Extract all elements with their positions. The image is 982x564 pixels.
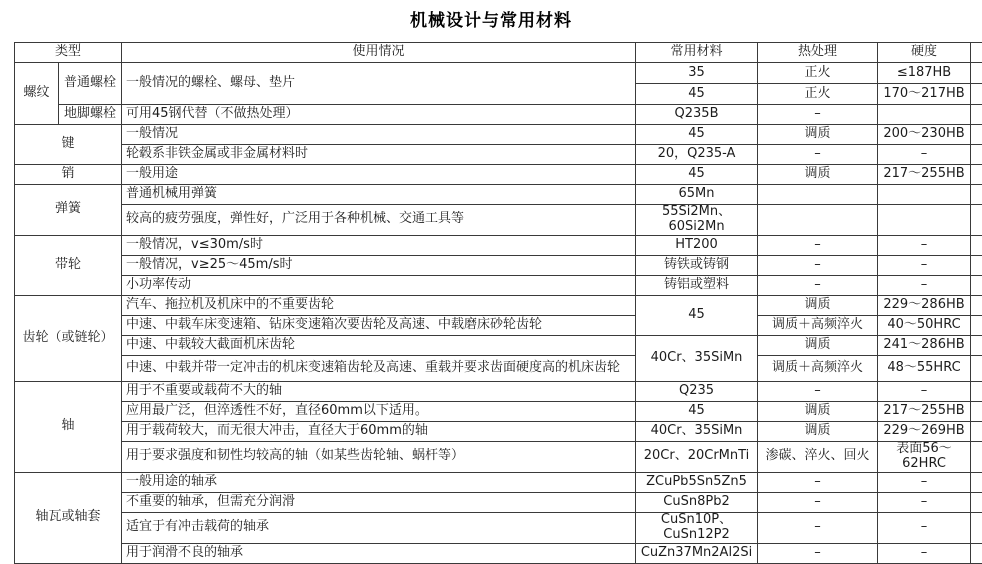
hardness-cell: 170～217HB xyxy=(878,84,971,105)
heat-cell: 调质 xyxy=(758,125,878,145)
header-row: 类型 使用情况 常用材料 热处理 硬度 xyxy=(15,43,982,63)
edge-cell xyxy=(971,63,982,84)
edge-cell xyxy=(971,165,982,185)
heat-cell: 正火 xyxy=(758,84,878,105)
usage-cell: 一般用途 xyxy=(122,165,636,185)
table-row: 小功率传动 铸铝或塑料 – – xyxy=(15,275,982,295)
usage-cell: 一般用途的轴承 xyxy=(122,472,636,492)
table-row: 中速、中载较大截面机床齿轮 40Cr、35SiMn 调质 241～286HB xyxy=(15,335,982,355)
hardness-cell: – xyxy=(878,235,971,255)
edge-cell xyxy=(971,441,982,472)
type-group-cell: 键 xyxy=(15,125,122,165)
material-cell: CuZn37Mn2Al2Si xyxy=(636,543,758,550)
heat-cell: 正火 xyxy=(758,63,878,84)
edge-cell xyxy=(971,84,982,105)
heat-cell: – xyxy=(758,235,878,255)
page-title: 机械设计与常用材料 xyxy=(0,6,982,31)
edge-cell xyxy=(971,105,982,125)
hardness-cell xyxy=(878,185,971,205)
material-cell: 35 xyxy=(636,63,758,84)
header-hardness: 硬度 xyxy=(878,43,971,63)
usage-cell: 用于载荷较大，而无很大冲击，直径大于60mm的轴 xyxy=(122,421,636,441)
usage-cell: 小功率传动 xyxy=(122,275,636,295)
material-cell: CuSn8Pb2 xyxy=(636,492,758,512)
heat-cell xyxy=(758,205,878,236)
heat-cell: – xyxy=(758,492,878,512)
table-row: 螺纹 普通螺栓 一般情况的螺栓、螺母、垫片 35 正火 ≤187HB xyxy=(15,63,982,84)
hardness-cell: 241～286HB xyxy=(878,335,971,355)
table-row: 一般情况，v≥25～45m/s时 铸铁或铸钢 – – xyxy=(15,255,982,275)
material-cell: CuSn10P、CuSn12P2 xyxy=(636,512,758,543)
table-row: 适宜于有冲击载荷的轴承 CuSn10P、CuSn12P2 – – xyxy=(15,512,982,543)
usage-cell: 较高的疲劳强度，弹性好，广泛用于各种机械、交通工具等 xyxy=(122,205,636,236)
material-cell: 65Mn xyxy=(636,185,758,205)
heat-cell: – xyxy=(758,145,878,165)
usage-cell: 普通机械用弹簧 xyxy=(122,185,636,205)
material-cell: 40Cr、35SiMn xyxy=(636,335,758,381)
edge-cell xyxy=(971,145,982,165)
heat-cell: 调质＋高频淬火 xyxy=(758,315,878,335)
material-cell: 铸铝或塑料 xyxy=(636,275,758,295)
table-row: 用于要求强度和韧性均较高的轴（如某些齿轮轴、蜗杆等） 20Cr、20CrMnTi… xyxy=(15,441,982,472)
hardness-cell: 表面56～62HRC xyxy=(878,441,971,472)
material-cell: 45 xyxy=(636,401,758,421)
usage-cell: 中速、中载车床变速箱、钻床变速箱次要齿轮及高速、中载磨床砂轮齿轮 xyxy=(122,315,636,335)
table-row: 应用最广泛，但淬透性不好，直径60mm以下适用。 45 调质 217～255HB xyxy=(15,401,982,421)
heat-cell: 调质 xyxy=(758,295,878,315)
table-row: 用于载荷较大，而无很大冲击，直径大于60mm的轴 40Cr、35SiMn 调质 … xyxy=(15,421,982,441)
edge-cell xyxy=(971,275,982,295)
usage-cell: 不重要的轴承，但需充分润滑 xyxy=(122,492,636,512)
edge-cell xyxy=(971,295,982,315)
material-cell: Q235 xyxy=(636,381,758,401)
table-row: 带轮 一般情况，v≤30m/s时 HT200 – – xyxy=(15,235,982,255)
edge-cell xyxy=(971,472,982,492)
heat-cell: 调质 xyxy=(758,165,878,185)
edge-cell xyxy=(971,205,982,236)
hardness-cell: 48～55HRC xyxy=(878,355,971,381)
usage-cell: 适宜于有冲击载荷的轴承 xyxy=(122,512,636,543)
hardness-cell: – xyxy=(878,381,971,401)
heat-cell: 调质 xyxy=(758,421,878,441)
edge-cell xyxy=(971,255,982,275)
type-group-cell: 弹簧 xyxy=(15,185,122,236)
heat-cell: 调质 xyxy=(758,335,878,355)
header-material: 常用材料 xyxy=(636,43,758,63)
material-cell: Q235B xyxy=(636,105,758,125)
table-row: 较高的疲劳强度，弹性好，广泛用于各种机械、交通工具等 55Si2Mn、60Si2… xyxy=(15,205,982,236)
type-group-cell: 销 xyxy=(15,165,122,185)
edge-cell xyxy=(971,235,982,255)
edge-cell xyxy=(971,421,982,441)
table-row: 中速、中载车床变速箱、钻床变速箱次要齿轮及高速、中载磨床砂轮齿轮 调质＋高频淬火… xyxy=(15,315,982,335)
hardness-cell: – xyxy=(878,492,971,512)
usage-cell: 中速、中载并带一定冲击的机床变速箱齿轮及高速、重载并要求齿面硬度高的机床齿轮 xyxy=(122,355,636,381)
table-row: 轮毂系非铁金属或非金属材料时 20，Q235-A – – xyxy=(15,145,982,165)
edge-cell xyxy=(971,401,982,421)
hardness-cell: 217～255HB xyxy=(878,401,971,421)
material-cell: 铸铁或铸钢 xyxy=(636,255,758,275)
material-cell: 20Cr、20CrMnTi xyxy=(636,441,758,472)
usage-cell: 一般情况 xyxy=(122,125,636,145)
heat-cell: 调质＋高频淬火 xyxy=(758,355,878,381)
usage-cell: 用于不重要或载荷不大的轴 xyxy=(122,381,636,401)
heat-cell xyxy=(758,185,878,205)
table-row: 齿轮（或链轮） 汽车、拖拉机及机床中的不重要齿轮 45 调质 229～286HB xyxy=(15,295,982,315)
hardness-cell: ≤187HB xyxy=(878,63,971,84)
header-heat: 热处理 xyxy=(758,43,878,63)
type-sub-cell: 普通螺栓 xyxy=(59,63,122,105)
hardness-cell: 229～269HB xyxy=(878,421,971,441)
heat-cell: – xyxy=(758,275,878,295)
header-usage: 使用情况 xyxy=(122,43,636,63)
edge-cell xyxy=(971,512,982,543)
usage-cell: 用于润滑不良的轴承 xyxy=(122,543,636,550)
hardness-cell: – xyxy=(878,275,971,295)
material-cell: 20，Q235-A xyxy=(636,145,758,165)
hardness-cell: – xyxy=(878,472,971,492)
table-row: 键 一般情况 45 调质 200～230HB xyxy=(15,125,982,145)
material-cell: 45 xyxy=(636,84,758,105)
materials-table: 类型 使用情况 常用材料 热处理 硬度 螺纹 普通螺栓 一般情况的螺栓、螺母、垫… xyxy=(14,42,982,550)
hardness-cell: 200～230HB xyxy=(878,125,971,145)
hardness-cell: 217～255HB xyxy=(878,165,971,185)
usage-cell: 轮毂系非铁金属或非金属材料时 xyxy=(122,145,636,165)
edge-cell xyxy=(971,492,982,512)
heat-cell: – xyxy=(758,472,878,492)
heat-cell: – xyxy=(758,255,878,275)
table-row: 地脚螺栓 可用45钢代替（不做热处理） Q235B – xyxy=(15,105,982,125)
hardness-cell: – xyxy=(878,543,971,550)
hardness-cell: 40～50HRC xyxy=(878,315,971,335)
material-cell: ZCuPb5Sn5Zn5 xyxy=(636,472,758,492)
material-cell: 55Si2Mn、60Si2Mn xyxy=(636,205,758,236)
table-row: 中速、中载并带一定冲击的机床变速箱齿轮及高速、重载并要求齿面硬度高的机床齿轮 调… xyxy=(15,355,982,381)
type-sub-cell: 地脚螺栓 xyxy=(59,105,122,125)
material-cell: 45 xyxy=(636,165,758,185)
header-type: 类型 xyxy=(15,43,122,63)
material-cell: 45 xyxy=(636,295,758,335)
edge-cell xyxy=(971,381,982,401)
usage-cell: 可用45钢代替（不做热处理） xyxy=(122,105,636,125)
edge-cell xyxy=(971,355,982,381)
type-group-cell: 带轮 xyxy=(15,235,122,295)
hardness-cell xyxy=(878,205,971,236)
edge-cell xyxy=(971,185,982,205)
table-row: 轴 用于不重要或载荷不大的轴 Q235 – – xyxy=(15,381,982,401)
header-edge-cell xyxy=(971,43,982,63)
usage-cell: 一般情况，v≤30m/s时 xyxy=(122,235,636,255)
type-group-cell: 齿轮（或链轮） xyxy=(15,295,122,381)
usage-cell: 用于要求强度和韧性均较高的轴（如某些齿轮轴、蜗杆等） xyxy=(122,441,636,472)
hardness-cell xyxy=(878,105,971,125)
hardness-cell: – xyxy=(878,512,971,543)
edge-cell xyxy=(971,315,982,335)
edge-cell xyxy=(971,335,982,355)
material-cell: HT200 xyxy=(636,235,758,255)
hardness-cell: – xyxy=(878,255,971,275)
usage-cell: 汽车、拖拉机及机床中的不重要齿轮 xyxy=(122,295,636,315)
hardness-cell: 229～286HB xyxy=(878,295,971,315)
table-row: 销 一般用途 45 调质 217～255HB xyxy=(15,165,982,185)
heat-cell: 渗碳、淬火、回火 xyxy=(758,441,878,472)
material-cell: 45 xyxy=(636,125,758,145)
table-row: 用于润滑不良的轴承 CuZn37Mn2Al2Si – – xyxy=(15,543,982,550)
heat-cell: – xyxy=(758,381,878,401)
table-row: 弹簧 普通机械用弹簧 65Mn xyxy=(15,185,982,205)
edge-cell xyxy=(971,543,982,550)
usage-cell: 应用最广泛，但淬透性不好，直径60mm以下适用。 xyxy=(122,401,636,421)
edge-cell xyxy=(971,125,982,145)
usage-cell: 一般情况，v≥25～45m/s时 xyxy=(122,255,636,275)
heat-cell: 调质 xyxy=(758,401,878,421)
heat-cell: – xyxy=(758,512,878,543)
table-row: 轴瓦或轴套 一般用途的轴承 ZCuPb5Sn5Zn5 – – xyxy=(15,472,982,492)
material-cell: 40Cr、35SiMn xyxy=(636,421,758,441)
type-group-cell: 轴瓦或轴套 xyxy=(15,472,122,550)
usage-cell: 中速、中载较大截面机床齿轮 xyxy=(122,335,636,355)
heat-cell: – xyxy=(758,105,878,125)
table-row: 不重要的轴承，但需充分润滑 CuSn8Pb2 – – xyxy=(15,492,982,512)
type-group-cell: 螺纹 xyxy=(15,63,59,125)
heat-cell: – xyxy=(758,543,878,550)
hardness-cell: – xyxy=(878,145,971,165)
type-group-cell: 轴 xyxy=(15,381,122,472)
usage-cell: 一般情况的螺栓、螺母、垫片 xyxy=(122,63,636,105)
